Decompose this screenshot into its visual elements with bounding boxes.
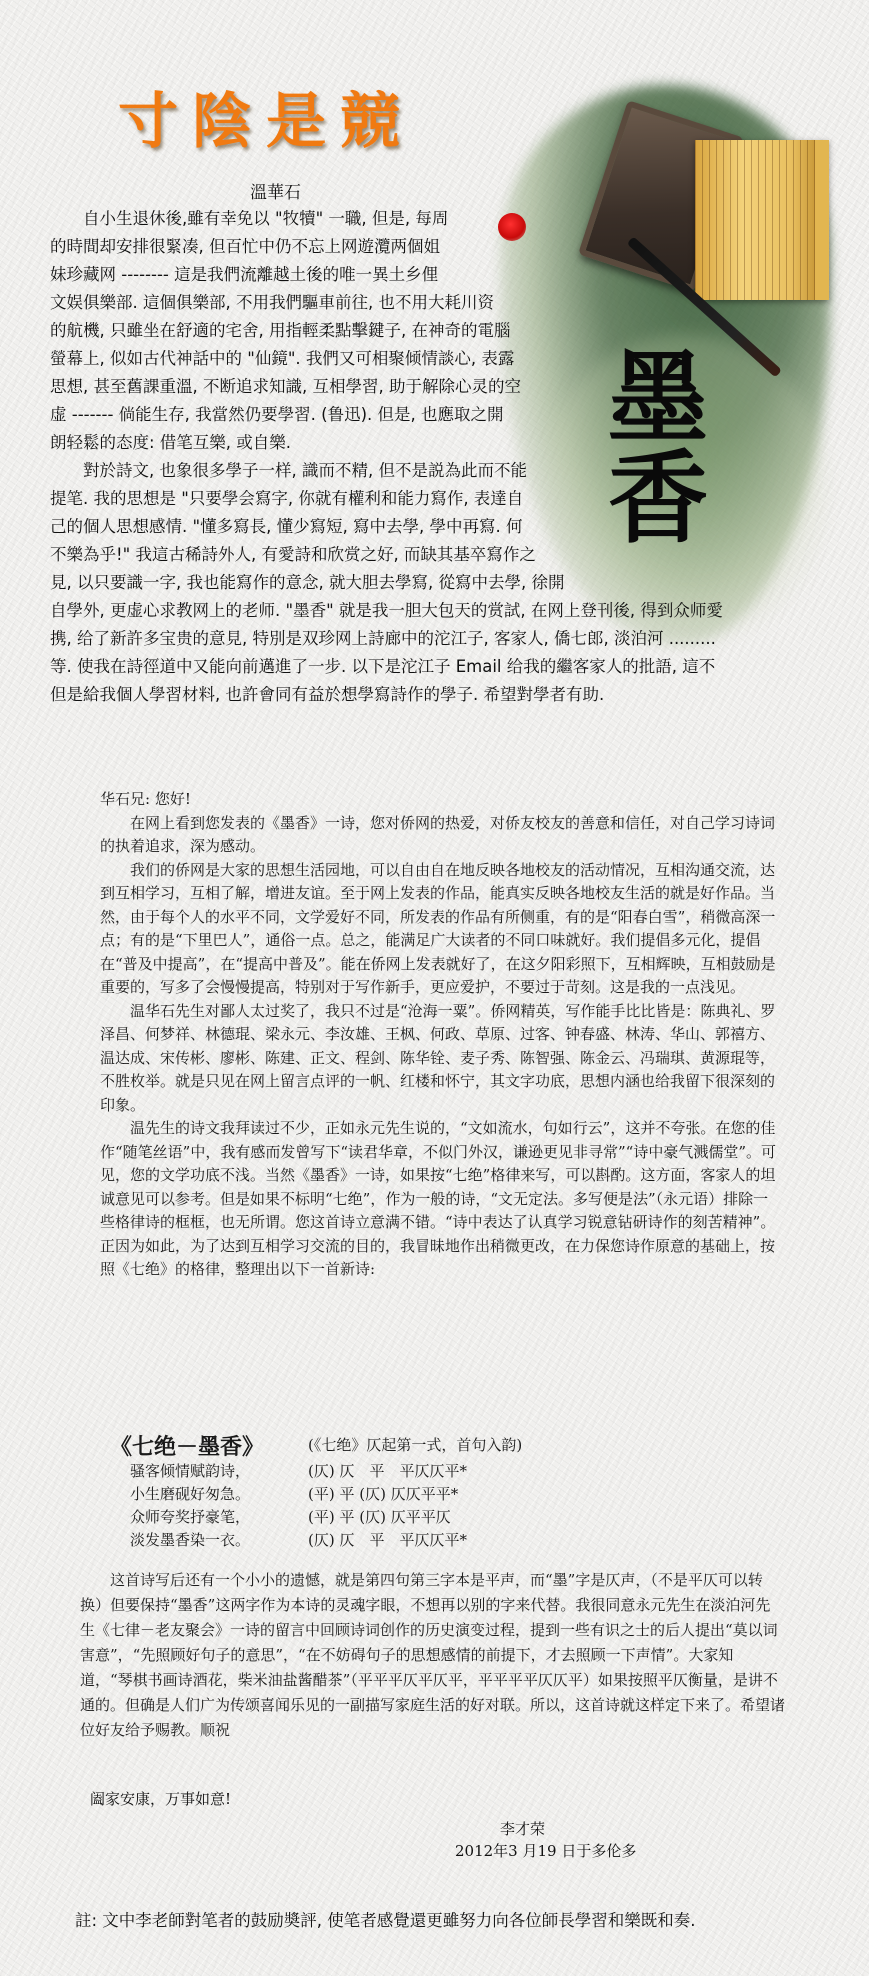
essay-paragraph-1: 自小生退休後,雖有幸免以 "牧犢" 一職, 但是, 每周 的時間却安排很緊凑, … [50, 205, 570, 457]
letter-date: 2012年3 月19 日于多伦多 [455, 1840, 636, 1861]
poem-line: 淡发墨香染一衣。 [130, 1529, 250, 1550]
letter-paragraph: 在网上看到您发表的《墨香》一诗，您对侨网的热爱，对侨友校友的善意和信任，对自己学… [100, 812, 780, 859]
letter-signature: 李才荣 [500, 1818, 545, 1839]
poem-line: 众师夸奖抒豪笔， [130, 1506, 250, 1527]
poem-tone-pattern: (平) 平 (仄) 仄仄平平* [308, 1483, 458, 1504]
letter-paragraph: 我们的侨网是大家的思想生活园地，可以自由自在地反映各地校友的活动情况，互相沟通交… [100, 859, 780, 1000]
author-name: 溫華石 [250, 178, 301, 203]
quoted-letter: 华石兄: 您好! 在网上看到您发表的《墨香》一诗，您对侨网的热爱，对侨友校友的善… [100, 788, 780, 1282]
poem-form-note: (《七绝》仄起第一式，首句入韵) [308, 1434, 522, 1455]
footnote: 註: 文中李老師對笔者的鼓励奬評, 使笔者感覺還更雖努力向各位師長學習和樂既和奏… [75, 1908, 795, 1934]
footnote-text: 註: 文中李老師對笔者的鼓励奬評, 使笔者感覺還更雖努力向各位師長學習和樂既和奏… [75, 1908, 795, 1934]
letter-paragraph: 温华石先生对鄙人太过奖了，我只不过是“沧海一粟”。侨网精英，写作能手比比皆是：陈… [100, 1000, 780, 1118]
letter-closing: 阖家安康，万事如意! [90, 1788, 231, 1809]
letter-paragraph: 温先生的诗文我拜读过不少，正如永元先生说的，“文如流水，句如行云”，这并不夸张。… [100, 1117, 780, 1282]
letter-paragraph: 这首诗写后还有一个小小的遗憾，就是第四句第三字本是平声，而“墨”字是仄声，（不是… [80, 1568, 785, 1743]
poem-tone-pattern: (仄) 仄 平 平仄仄平* [308, 1529, 467, 1550]
essay-paragraph-2: 對於詩文, 也象很多學子一样, 識而不精, 但不是説為此而不能 提笔. 我的思想… [50, 457, 810, 709]
page-title: 寸陰是競 [118, 82, 414, 162]
essay-body: 自小生退休後,雖有幸免以 "牧犢" 一職, 但是, 每周 的時間却安排很緊凑, … [50, 205, 810, 709]
poem-line: 骚客倾情赋韵诗， [130, 1460, 250, 1481]
poem-tone-pattern: (平) 平 (仄) 仄平平仄 [308, 1506, 451, 1527]
poem-tone-pattern: (仄) 仄 平 平仄仄平* [308, 1460, 467, 1481]
poem-title: 《七绝－墨香》 [110, 1430, 264, 1461]
letter-continuation: 这首诗写后还有一个小小的遗憾，就是第四句第三字本是平声，而“墨”字是仄声，（不是… [80, 1568, 785, 1743]
poem-line: 小生磨砚好匆急。 [130, 1483, 250, 1504]
letter-salutation: 华石兄: 您好! [100, 788, 780, 812]
